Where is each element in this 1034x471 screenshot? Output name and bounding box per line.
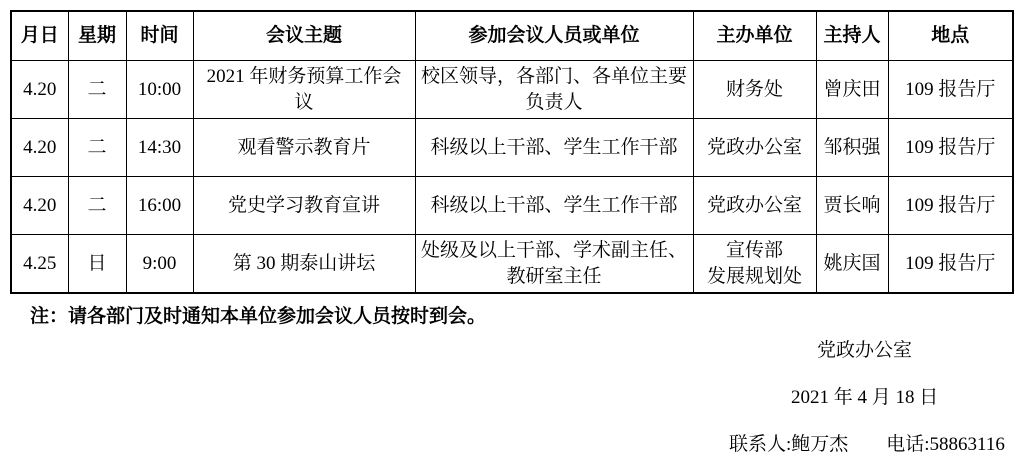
header-cell-location: 地点 <box>888 11 1013 61</box>
cell-time: 9:00 <box>126 235 193 294</box>
cell-topic: 党史学习教育宣讲 <box>193 177 415 235</box>
signature-date: 2021 年 4 月 18 日 <box>791 382 938 409</box>
schedule-table: 月日 星期 时间 会议主题 参加会议人员或单位 主办单位 主持人 地点 4.20… <box>10 10 1014 294</box>
cell-organizer: 财务处 <box>693 61 816 119</box>
cell-participants: 校区领导，各部门、各单位主要 负责人 <box>415 61 693 119</box>
cell-time: 14:30 <box>126 119 193 177</box>
cell-host: 姚庆国 <box>816 235 888 294</box>
header-row: 月日 星期 时间 会议主题 参加会议人员或单位 主办单位 主持人 地点 <box>11 11 1013 61</box>
header-cell-time: 时间 <box>126 11 193 61</box>
table-row: 4.25 日 9:00 第 30 期泰山讲坛 处级及以上干部、学术副主任、 教研… <box>11 235 1013 294</box>
cell-month-day: 4.25 <box>11 235 68 294</box>
cell-host: 邹积强 <box>816 119 888 177</box>
cell-time: 10:00 <box>126 61 193 119</box>
cell-participants: 科级以上干部、学生工作干部 <box>415 177 693 235</box>
signature-organization: 党政办公室 <box>817 335 912 362</box>
header-cell-participants: 参加会议人员或单位 <box>415 11 693 61</box>
cell-host: 曾庆田 <box>816 61 888 119</box>
header-cell-weekday: 星期 <box>68 11 126 61</box>
cell-topic: 第 30 期泰山讲坛 <box>193 235 415 294</box>
cell-month-day: 4.20 <box>11 177 68 235</box>
header-cell-host: 主持人 <box>816 11 888 61</box>
cell-location: 109 报告厅 <box>888 177 1013 235</box>
cell-month-day: 4.20 <box>11 61 68 119</box>
header-cell-topic: 会议主题 <box>193 11 415 61</box>
header-cell-organizer: 主办单位 <box>693 11 816 61</box>
meeting-schedule-document: 月日 星期 时间 会议主题 参加会议人员或单位 主办单位 主持人 地点 4.20… <box>0 0 1034 471</box>
cell-topic: 观看警示教育片 <box>193 119 415 177</box>
table-row: 4.20 二 14:30 观看警示教育片 科级以上干部、学生工作干部 党政办公室… <box>11 119 1013 177</box>
table-row: 4.20 二 16:00 党史学习教育宣讲 科级以上干部、学生工作干部 党政办公… <box>11 177 1013 235</box>
contact-row: 联系人:鲍万杰 电话:58863116 <box>729 429 1005 456</box>
cell-location: 109 报告厅 <box>888 61 1013 119</box>
cell-weekday: 二 <box>68 119 126 177</box>
cell-location: 109 报告厅 <box>888 235 1013 294</box>
cell-time: 16:00 <box>126 177 193 235</box>
header-cell-month-day: 月日 <box>11 11 68 61</box>
cell-topic: 2021 年财务预算工作会议 <box>193 61 415 119</box>
cell-participants: 科级以上干部、学生工作干部 <box>415 119 693 177</box>
cell-organizer: 党政办公室 <box>693 177 816 235</box>
table-row: 4.20 二 10:00 2021 年财务预算工作会议 校区领导，各部门、各单位… <box>11 61 1013 119</box>
cell-participants: 处级及以上干部、学术副主任、 教研室主任 <box>415 235 693 294</box>
cell-month-day: 4.20 <box>11 119 68 177</box>
cell-weekday: 二 <box>68 177 126 235</box>
cell-organizer: 党政办公室 <box>693 119 816 177</box>
contact-phone: 电话:58863116 <box>886 429 1005 456</box>
cell-host: 贾长响 <box>816 177 888 235</box>
cell-organizer: 宣传部 发展规划处 <box>693 235 816 294</box>
cell-weekday: 日 <box>68 235 126 294</box>
contact-person: 联系人:鲍万杰 <box>729 429 848 456</box>
note-text: 注：请各部门及时通知本单位参加会议人员按时到会。 <box>30 301 486 328</box>
cell-weekday: 二 <box>68 61 126 119</box>
cell-location: 109 报告厅 <box>888 119 1013 177</box>
